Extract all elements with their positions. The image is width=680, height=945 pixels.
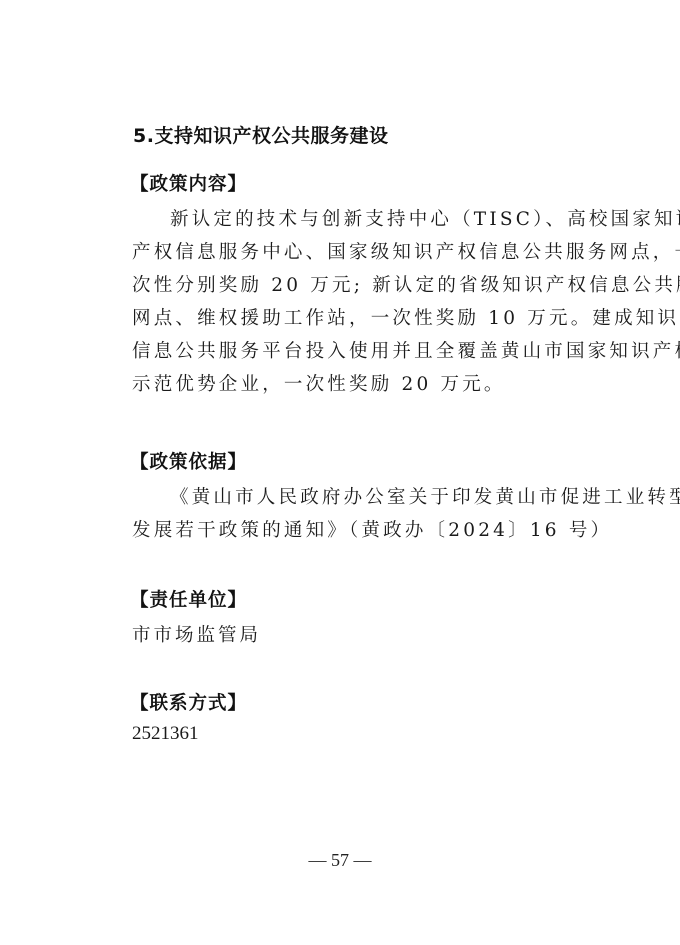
policy-content-line: 产权信息服务中心、国家级知识产权信息公共服务网点，一	[132, 238, 588, 264]
policy-content-line: 网点、维权援助工作站，一次性奖励 10 万元。建成知识产权	[132, 304, 588, 330]
responsible-unit-heading: 【责任单位】	[130, 586, 247, 612]
policy-basis-heading: 【政策依据】	[130, 448, 247, 474]
section-title: 5.支持知识产权公共服务建设	[133, 121, 388, 148]
policy-content-line: 次性分别奖励 20 万元; 新认定的省级知识产权信息公共服务	[132, 271, 588, 297]
policy-content-line: 新认定的技术与创新支持中心（TISC）、高校国家知识	[170, 205, 588, 231]
responsible-unit-value: 市市场监管局	[132, 621, 261, 647]
policy-content-heading: 【政策内容】	[130, 170, 247, 196]
contact-heading: 【联系方式】	[130, 689, 247, 715]
policy-content-line: 示范优势企业，一次性奖励 20 万元。	[132, 370, 588, 396]
contact-phone: 2521361	[132, 723, 199, 745]
document-page: 5.支持知识产权公共服务建设 【政策内容】 新认定的技术与创新支持中心（TISC…	[0, 0, 680, 945]
policy-basis-line: 发展若干政策的通知》（黄政办〔2024〕16 号）	[132, 516, 588, 542]
policy-content-line: 信息公共服务平台投入使用并且全覆盖黄山市国家知识产权	[132, 337, 588, 363]
page-number: — 57 —	[0, 850, 680, 871]
policy-basis-line: 《黄山市人民政府办公室关于印发黄山市促进工业转型	[170, 483, 588, 509]
